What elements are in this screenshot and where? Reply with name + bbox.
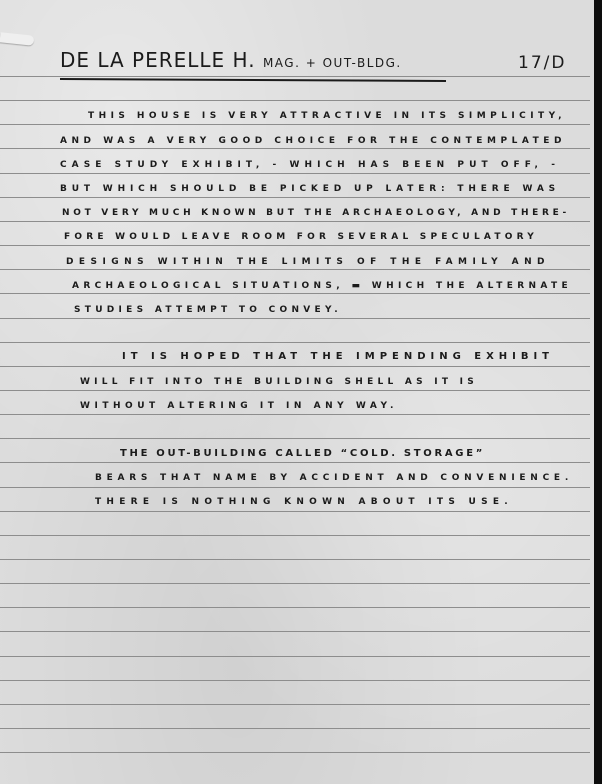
ruled-line xyxy=(0,511,590,512)
ruled-line xyxy=(0,245,590,246)
ruled-line xyxy=(0,583,590,584)
paragraph-1-line: not very much known but the archaeology,… xyxy=(62,209,570,218)
ruled-line xyxy=(0,100,590,101)
paragraph-1-line: but which should be picked up later: the… xyxy=(60,185,560,194)
ruled-line xyxy=(0,318,590,319)
title-sub: Mag. + Out-Bldg. xyxy=(263,56,402,70)
paragraph-3-line: The out-building called “Cold. Storage” xyxy=(120,449,485,459)
ruled-line xyxy=(0,631,590,632)
ruled-line xyxy=(0,173,590,174)
ruled-line xyxy=(0,76,590,77)
page-number: 17/D xyxy=(518,55,566,72)
paragraph-3-line: bears that name by accident and convenie… xyxy=(95,474,573,483)
ruled-line xyxy=(0,124,590,125)
ruled-line xyxy=(0,680,590,681)
paragraph-2-line: will fit into the building shell as it i… xyxy=(80,378,478,387)
ruled-line xyxy=(0,728,590,729)
paragraph-2-line: without altering it in any way. xyxy=(80,402,398,411)
ruled-line xyxy=(0,342,590,343)
scan-edge xyxy=(594,0,602,784)
ruled-line xyxy=(0,390,590,391)
paragraph-3-line: There is nothing known about its use. xyxy=(95,498,513,507)
ruled-line xyxy=(0,487,590,488)
ruled-line xyxy=(0,293,590,294)
ruled-line xyxy=(0,656,590,657)
ruled-line xyxy=(0,414,590,415)
ruled-line xyxy=(0,752,590,753)
paragraph-1-line: studies attempt to convey. xyxy=(74,306,342,315)
ruled-line xyxy=(0,221,590,222)
paragraph-1-line: designs within the limits of the family … xyxy=(66,258,550,267)
ruled-line xyxy=(0,535,590,536)
ruled-line xyxy=(0,559,590,560)
ruled-line xyxy=(0,197,590,198)
paragraph-1-line: archaeological situations, ▬ which the a… xyxy=(72,282,572,291)
ruled-line xyxy=(0,462,590,463)
page-title: De La Perelle H. Mag. + Out-Bldg. xyxy=(60,50,402,70)
ruled-line xyxy=(0,148,590,149)
ruled-line xyxy=(0,438,590,439)
ruled-line xyxy=(0,704,590,705)
ruled-line xyxy=(0,269,590,270)
paragraph-1-line: case study exhibit, - which has been put… xyxy=(60,161,560,170)
ruled-line xyxy=(0,366,590,367)
paragraph-1-line: This house is very attractive in its sim… xyxy=(88,112,566,121)
paragraph-1-line: fore would leave room for several specul… xyxy=(64,233,538,242)
title-main: De La Perelle H. xyxy=(60,48,256,72)
paragraph-2-line: It is hoped that the impending exhibit xyxy=(122,352,554,362)
paragraph-1-line: and was a very good choice for the conte… xyxy=(60,137,566,146)
ruled-line xyxy=(0,607,590,608)
